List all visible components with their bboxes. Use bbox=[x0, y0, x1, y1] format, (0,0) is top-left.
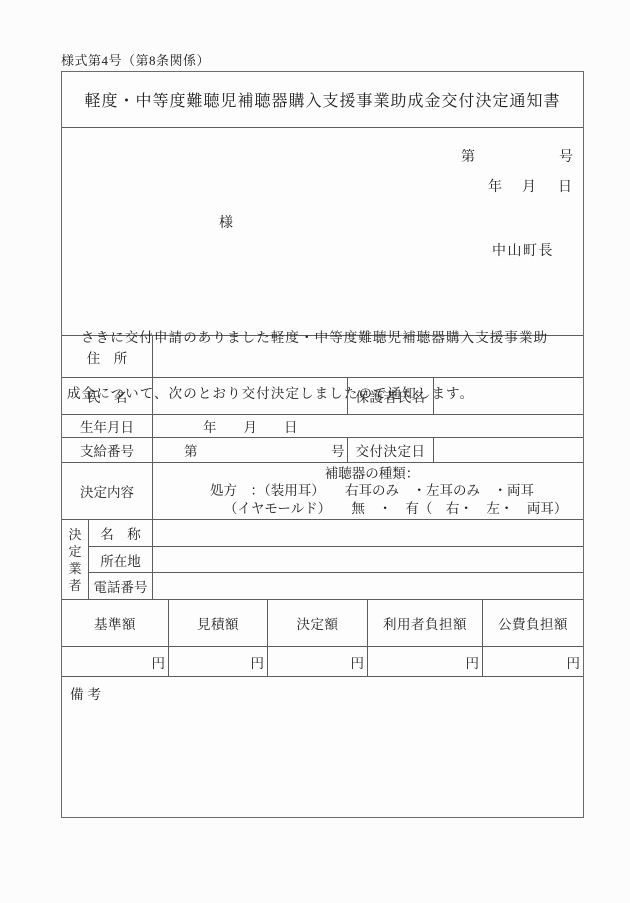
remarks-section: 備考 bbox=[62, 677, 583, 817]
standard-amount-header: 基準額 bbox=[62, 600, 169, 646]
doc-no-prefix: 第 bbox=[461, 149, 475, 167]
title-row: 軽度・中等度難聴児補聴器購入支援事業助成金交付決定通知書 bbox=[62, 72, 583, 128]
public-burden-header: 公費負担額 bbox=[483, 600, 583, 646]
earmold-line: （イヤモールド） 無 ・ 有（ 右・ 左・ 両耳） bbox=[177, 500, 568, 518]
vendor-name-label: 名 称 bbox=[89, 520, 153, 546]
document-number-line: 第 号 bbox=[461, 149, 573, 167]
vendor-name-row: 名 称 bbox=[89, 520, 583, 547]
standard-amount-yen: 円 bbox=[62, 647, 169, 676]
date-year-label: 年 bbox=[488, 179, 502, 197]
vendor-phone-row: 電話番号 bbox=[89, 573, 583, 599]
document-page: 様式第4号（第8条関係） 軽度・中等度難聴児補聴器購入支援事業助成金交付決定通知… bbox=[0, 0, 630, 903]
vendor-address-value-cell bbox=[153, 547, 583, 573]
sender-name: 中山町長 bbox=[492, 243, 554, 261]
estimate-amount-header: 見積額 bbox=[169, 600, 268, 646]
body-line-1: さきに交付申請のありました軽度・中等度難聴児補聴器購入支援事業助 bbox=[67, 329, 579, 348]
user-burden-yen: 円 bbox=[368, 647, 483, 676]
vendor-address-label: 所在地 bbox=[89, 547, 153, 573]
recipient-honorific: 様 bbox=[219, 215, 233, 233]
public-burden-yen: 円 bbox=[483, 647, 583, 676]
letter-section: 第 号 年 月 日 様 中山町長 さきに交付申請のありました軽度・中等度難聴児補… bbox=[62, 128, 583, 336]
date-day-label: 日 bbox=[558, 179, 572, 197]
payment-number-row: 支給番号 第 号 交付決定日 bbox=[62, 438, 583, 463]
vendor-phone-label: 電話番号 bbox=[89, 573, 153, 599]
form-box: 軽度・中等度難聴児補聴器購入支援事業助成金交付決定通知書 第 号 年 月 日 様… bbox=[61, 71, 584, 818]
vendor-char-1: 決 bbox=[68, 526, 81, 543]
form-number-label: 様式第4号（第8条関係） bbox=[61, 50, 210, 69]
vendor-name-value-cell bbox=[153, 520, 583, 546]
document-title: 軽度・中等度難聴児補聴器購入支援事業助成金交付決定通知書 bbox=[84, 88, 560, 111]
user-burden-header: 利用者負担額 bbox=[368, 600, 483, 646]
vendor-rows: 名 称 所在地 電話番号 bbox=[89, 520, 583, 599]
decision-date-label: 交付決定日 bbox=[348, 438, 434, 462]
hearing-aid-type-line: 補聴器の種類： bbox=[325, 465, 420, 483]
payment-no-prefix: 第 bbox=[184, 440, 198, 460]
decided-amount-header: 決定額 bbox=[268, 600, 368, 646]
amount-header-row: 基準額 見積額 決定額 利用者負担額 公費負担額 bbox=[62, 600, 583, 647]
amount-value-row: 円 円 円 円 円 bbox=[62, 647, 583, 677]
decision-content-row: 決定内容 補聴器の種類： 処方 ：（装用耳） 右耳のみ ・左耳のみ ・両耳 （イ… bbox=[62, 463, 583, 520]
vendor-section: 決 定 業 者 名 称 所在地 電話番号 bbox=[62, 520, 583, 600]
decision-content-cell: 補聴器の種類： 処方 ：（装用耳） 右耳のみ ・左耳のみ ・両耳 （イヤモールド… bbox=[153, 463, 583, 519]
vendor-phone-value-cell bbox=[153, 573, 583, 599]
doc-no-suffix: 号 bbox=[559, 149, 573, 167]
vendor-address-row: 所在地 bbox=[89, 547, 583, 574]
vendor-char-4: 者 bbox=[68, 577, 81, 594]
payment-number-label: 支給番号 bbox=[62, 438, 153, 462]
decided-amount-yen: 円 bbox=[268, 647, 368, 676]
date-line: 年 月 日 bbox=[488, 179, 572, 197]
decision-content-label: 決定内容 bbox=[62, 463, 153, 519]
decision-date-value-cell bbox=[434, 438, 583, 462]
estimate-amount-yen: 円 bbox=[169, 647, 268, 676]
remarks-label: 備考 bbox=[70, 683, 575, 703]
body-paragraph: さきに交付申請のありました軽度・中等度難聴児補聴器購入支援事業助 成金について、… bbox=[67, 292, 579, 440]
payment-number-value-cell: 第 号 bbox=[153, 438, 348, 462]
vendor-char-2: 定 bbox=[68, 543, 81, 560]
vendor-char-3: 業 bbox=[68, 560, 81, 577]
prescription-line: 処方 ：（装用耳） 右耳のみ ・左耳のみ ・両耳 bbox=[210, 482, 534, 500]
vendor-vertical-label: 決 定 業 者 bbox=[62, 520, 89, 599]
payment-no-suffix: 号 bbox=[331, 440, 345, 460]
name-value-cell bbox=[153, 378, 348, 414]
date-month-label: 月 bbox=[522, 179, 536, 197]
